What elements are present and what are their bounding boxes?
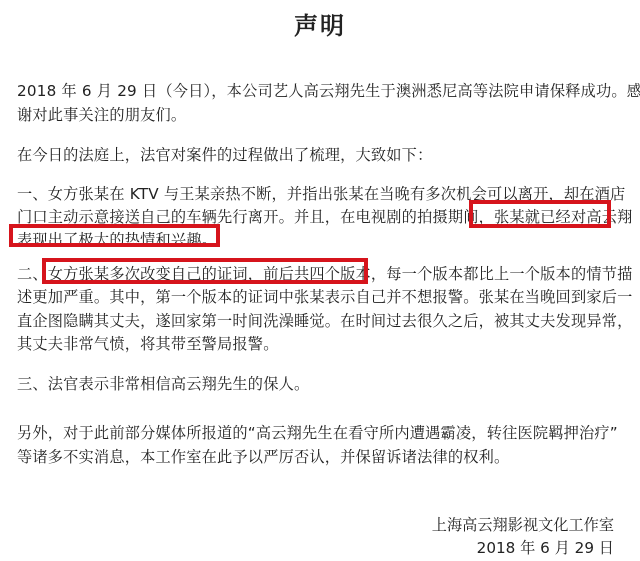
paragraph-6-line-2: 等诸多不实消息，本工作室在此予以严厉否认，并保留诉诸法律的权利。 [17,446,509,467]
paragraph-1-line-2: 谢对此事关注的朋友们。 [17,104,186,125]
highlight-box-1 [469,200,611,228]
highlight-box-2 [9,224,220,247]
highlight-box-3 [42,258,368,284]
signature-date: 2018 年 6 月 29 日 [477,537,614,558]
paragraph-4-line-3: 直企图隐瞒其丈夫，遂回家第一时间洗澡睡觉。在时间过去很久之后，被其丈夫发现异常， [17,310,633,331]
paragraph-1-line-1: 2018 年 6 月 29 日（今日），本公司艺人高云翔先生于澳洲悉尼高等法院申… [17,80,640,101]
paragraph-5-line-1: 三、法官表示非常相信高云翔先生的保人。 [17,373,309,394]
document-title: 声明 [0,6,640,41]
paragraph-4-line-2: 述更加严重。其中，第一个版本的证词中张某表示自己并不想报警。张某在当晚回到家后一 [17,286,633,307]
paragraph-2-line-1: 在今日的法庭上，法官对案件的过程做出了梳理，大致如下： [17,144,432,165]
signature-organization: 上海高云翔影视文化工作室 [432,514,614,535]
paragraph-4-line-4: 其丈夫非常气愤，将其带至警局报警。 [17,333,279,354]
paragraph-6-line-1: 另外，对于此前部分媒体所报道的“高云翔先生在看守所内遭遇霸凌，转往医院羁押治疗” [17,422,618,443]
